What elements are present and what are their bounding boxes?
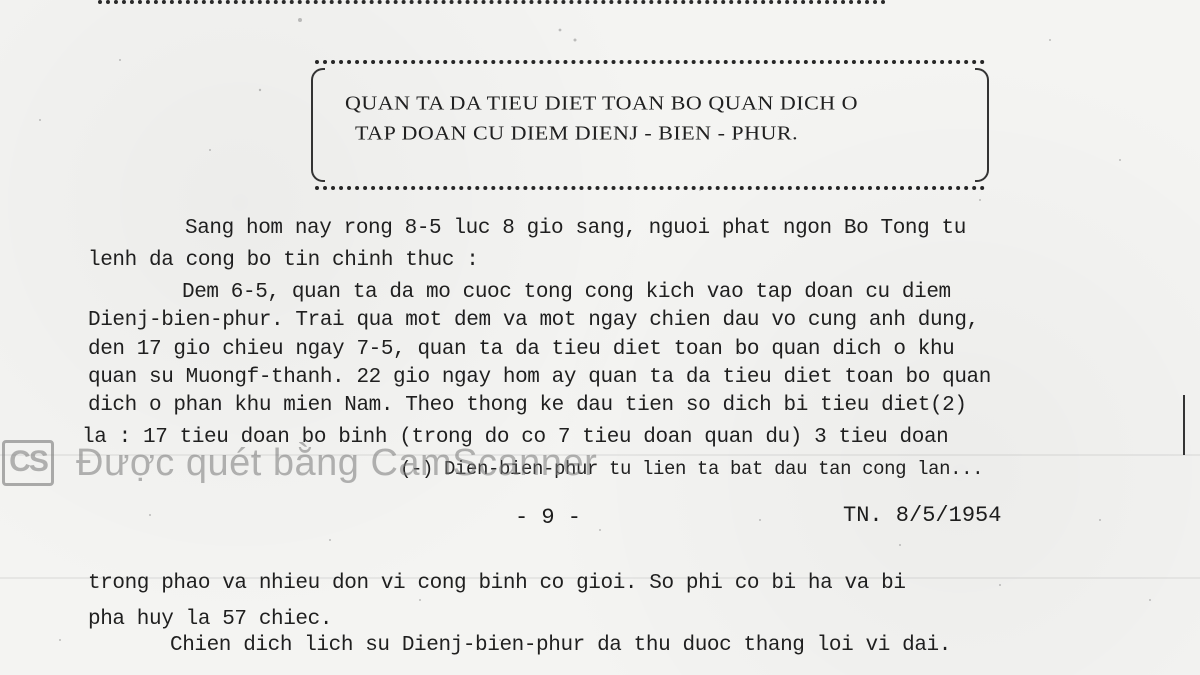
page-number: - 9 - [515, 505, 581, 530]
footnote-line: (-) Dien-bien-phur tu lien ta bat dau ta… [400, 458, 983, 480]
continuation-line: pha huy la 57 chiec. [88, 608, 332, 631]
margin-mark [1183, 395, 1185, 455]
continuation-line: Chien dich lich su Dienj-bien-phur da th… [170, 634, 951, 657]
body-line: Dienj-bien-phur. Trai qua mot dem va mot… [88, 309, 979, 332]
headline-line-1: QUAN TA DA TIEU DIET TOAN BO QUAN DICH O [345, 91, 858, 114]
scanned-page: QUAN TA DA TIEU DIET TOAN BO QUAN DICH O… [0, 0, 1200, 675]
headline-box: QUAN TA DA TIEU DIET TOAN BO QUAN DICH O… [315, 60, 985, 190]
top-dotted-rule [98, 0, 886, 10]
body-line: dich o phan khu mien Nam. Theo thong ke … [88, 394, 967, 417]
continuation-line: trong phao va nhieu don vi cong binh co … [88, 572, 906, 595]
body-line: den 17 gio chieu ngay 7-5, quan ta da ti… [88, 338, 954, 361]
date-stamp: TN. 8/5/1954 [843, 503, 1001, 528]
body-line: Sang hom nay rong 8-5 luc 8 gio sang, ng… [185, 217, 966, 240]
body-line: quan su Muongf-thanh. 22 gio ngay hom ay… [88, 366, 991, 389]
headline-line-2: TAP DOAN CU DIEM DIENJ - BIEN - PHUR. [355, 121, 798, 144]
body-line: la : 17 tieu doan bo binh (trong do co 7… [82, 426, 948, 449]
camscanner-logo-icon: CS [2, 440, 54, 486]
body-line: Dem 6-5, quan ta da mo cuoc tong cong ki… [182, 281, 951, 304]
body-line: lenh da cong bo tin chinh thuc : [88, 249, 478, 272]
